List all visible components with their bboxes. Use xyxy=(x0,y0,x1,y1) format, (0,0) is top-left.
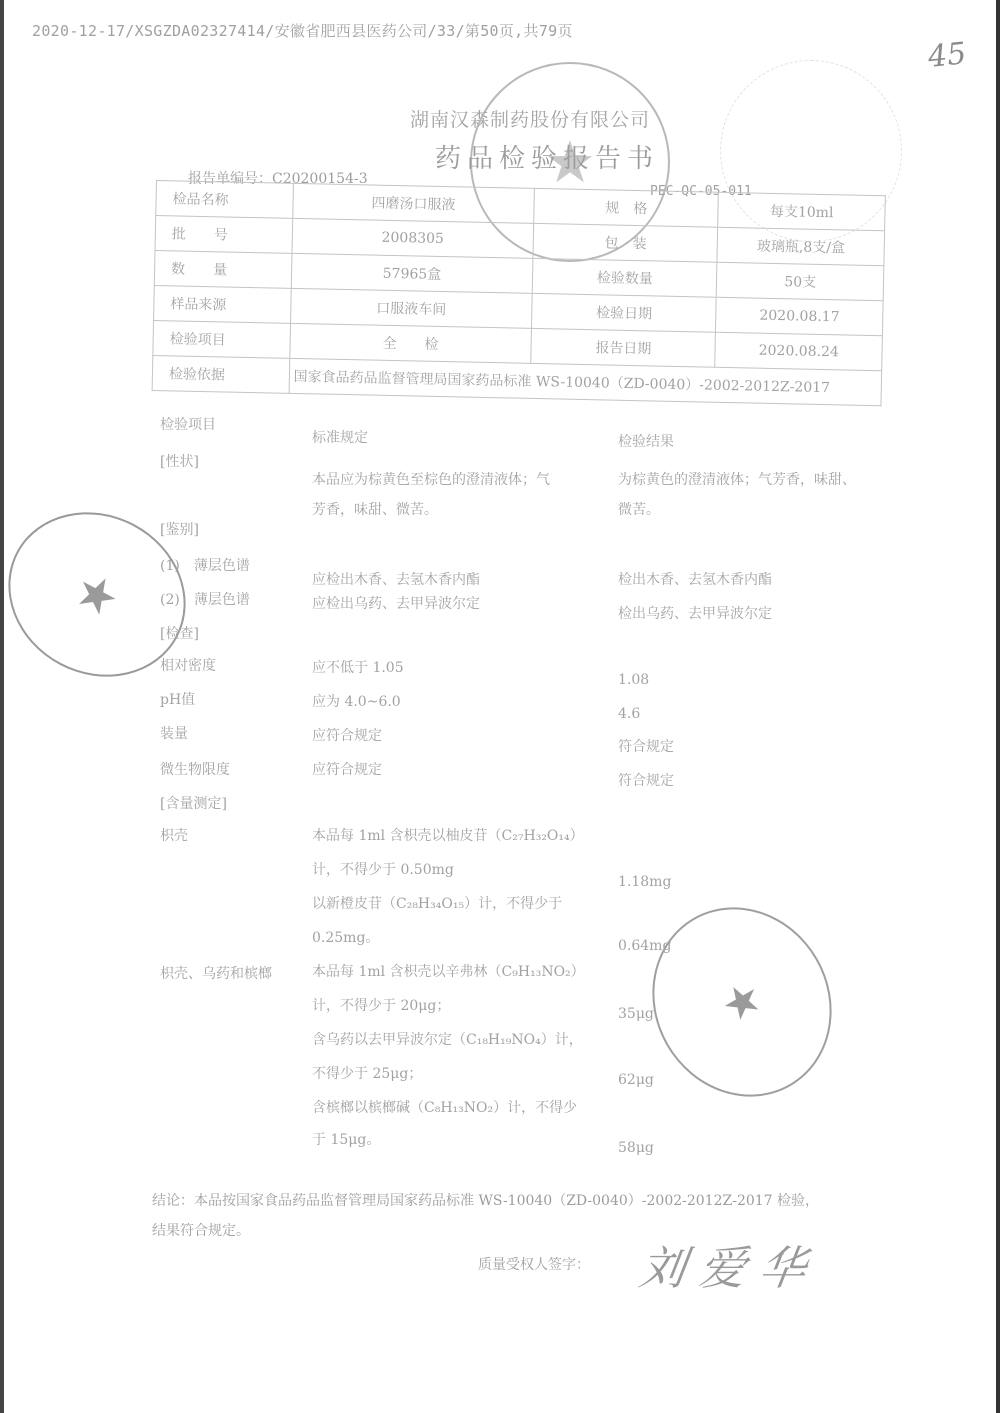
result-value-line: 为棕黄色的澄清液体；气芳香，味甜、 xyxy=(618,470,856,490)
result-value-line: 检出乌药、去甲异波尔定 xyxy=(618,604,772,624)
result-standard-line: 含槟榔以槟榔碱（C₈H₁₃NO₂）计，不得少 xyxy=(312,1098,602,1118)
result-value-line: 检出木香、去氢木香内酯 xyxy=(618,570,772,590)
result-standard-line: 以新橙皮苷（C₂₈H₃₄O₁₅）计，不得少于 xyxy=(312,894,602,914)
result-standard-line: 应为 4.0~6.0 xyxy=(312,692,602,712)
result-item-name: 枳壳、乌药和槟榔 xyxy=(160,964,272,984)
result-item-name: [性状] xyxy=(160,452,199,472)
result-standard-line: 芳香，味甜、微苦。 xyxy=(312,500,602,520)
result-value-line: 35μg xyxy=(618,1004,654,1024)
result-standard-line: 0.25mg。 xyxy=(312,928,602,948)
result-standard-line: 应符合规定 xyxy=(312,760,602,780)
result-standard-line: 本品应为棕黄色至棕色的澄清液体；气 xyxy=(312,470,602,490)
result-standard-line: 含乌药以去甲异波尔定（C₁₈H₁₉NO₄）计， xyxy=(312,1030,602,1050)
result-item-name: 微生物限度 xyxy=(160,760,230,780)
result-standard-line: 不得少于 25μg； xyxy=(312,1064,602,1084)
result-item-name: [含量测定] xyxy=(160,794,227,814)
result-item-name: 枳壳 xyxy=(160,826,188,846)
result-value-line: 1.18mg xyxy=(618,872,671,892)
results-header-result: 检验结果 xyxy=(618,432,674,452)
result-value-line: 1.08 xyxy=(618,670,649,690)
conclusion-line-1: 结论：本品按国家食品药品监督管理局国家药品标准 WS-10040（ZD-0040… xyxy=(152,1186,882,1216)
result-standard-line: 应检出木香、去氢木香内酯 xyxy=(312,570,602,590)
result-value-line: 符合规定 xyxy=(618,737,674,757)
results-header-standard: 标准规定 xyxy=(312,428,602,448)
result-standard-line: 计，不得少于 20μg； xyxy=(312,996,602,1016)
result-standard-line: 计，不得少于 0.50mg xyxy=(312,860,602,880)
result-item-name: [检查] xyxy=(160,624,199,644)
result-value-line: 4.6 xyxy=(618,704,640,724)
result-item-name: (1) 薄层色谱 xyxy=(160,556,250,576)
result-item-name: (2) 薄层色谱 xyxy=(160,590,250,610)
handwritten-signature: 刘爱华 xyxy=(635,1232,824,1298)
result-standard-line: 应不低于 1.05 xyxy=(312,658,602,678)
result-value-line: 微苦。 xyxy=(618,500,660,520)
result-standard-line: 本品每 1ml 含枳壳以柚皮苷（C₂₇H₃₂O₁₄） xyxy=(312,826,602,846)
result-standard-line: 本品每 1ml 含枳壳以辛弗林（C₉H₁₃NO₂） xyxy=(312,962,602,982)
result-item-name: [鉴别] xyxy=(160,520,199,540)
result-item-name: 装量 xyxy=(160,724,188,744)
result-value-line: 0.64mg xyxy=(618,936,671,956)
result-standard-line: 于 15μg。 xyxy=(312,1130,602,1150)
result-value-line: 58μg xyxy=(618,1138,654,1158)
signature-label: 质量受权人签字： xyxy=(478,1254,590,1274)
result-value-line: 62μg xyxy=(618,1070,654,1090)
results-header-item: 检验项目 xyxy=(160,415,216,435)
result-standard-line: 应检出乌药、去甲异波尔定 xyxy=(312,594,602,614)
result-item-name: pH值 xyxy=(160,690,195,710)
result-item-name: 相对密度 xyxy=(160,656,216,676)
result-value-line: 符合规定 xyxy=(618,771,674,791)
result-standard-line: 应符合规定 xyxy=(312,726,602,746)
